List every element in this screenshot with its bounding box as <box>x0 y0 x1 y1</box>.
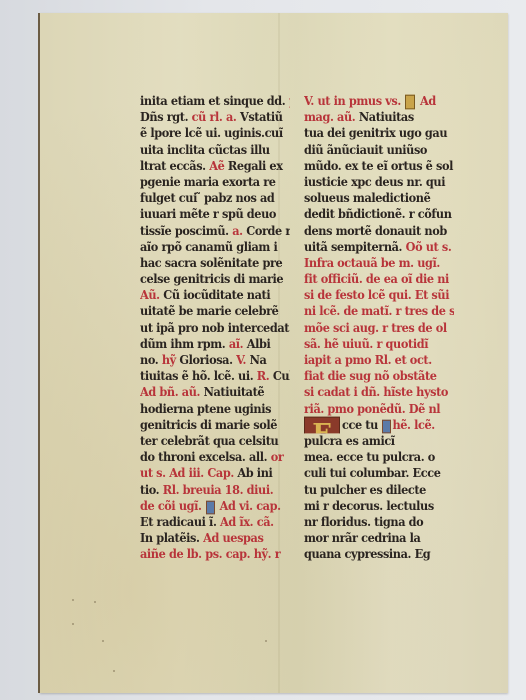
rubric-text: riã. pmo ponẽdũ. Dẽ nl <box>304 401 440 416</box>
text-line: solueus maledictionẽ <box>304 190 454 207</box>
rubric-text: sã. hẽ uiuũ. r quotidĩ <box>304 336 428 351</box>
gold-initial-icon <box>405 95 415 110</box>
text-line: mõe sci aug. r tres de ol <box>304 319 454 336</box>
text-line: mi r decorus. lectulus <box>304 497 454 514</box>
blue-initial-icon <box>382 419 391 433</box>
text-line: culi tui columbar. Ecce <box>304 465 454 482</box>
rubric-text: a. <box>232 223 242 238</box>
text-line: hac sacra solẽnitate pre <box>140 254 290 271</box>
text-line: diũ ãnũciauit uniũso <box>304 141 454 158</box>
text-line: ni lcẽ. de matĩ. r tres de ser <box>304 303 454 320</box>
text-line: ltrat eccãs. Aẽ Regali ex <box>140 157 290 174</box>
body-text: Natiuitas <box>355 110 414 125</box>
text-line: sã. hẽ uiuũ. r quotidĩ <box>304 335 454 352</box>
text-line: tu pulcher es dilecte <box>304 481 454 498</box>
body-text: Gloriosa. <box>176 353 236 368</box>
text-line: do throni excelsa. all. or <box>140 449 290 466</box>
text-line: Ecce tu hẽ. lcẽ. <box>304 416 454 433</box>
body-text: ut ipã pro nob intercedat ad <box>140 320 290 335</box>
rubric-text: Oõ ut s. <box>406 239 452 254</box>
text-line: In platẽis. Ad uespas <box>140 530 290 547</box>
body-text: aĩo rpõ canamũ gliam i <box>140 239 277 254</box>
text-line: tiuitas ẽ hõ. lcẽ. ui. R. Cul <box>140 368 290 385</box>
rubric-text: Ad bñ. aũ. <box>140 385 200 400</box>
body-text: culi tui columbar. Ecce <box>304 466 441 481</box>
text-line: si de festo lcẽ qui. Et sũi <box>304 287 454 304</box>
body-text: hodierna ptene uginis <box>140 401 271 416</box>
text-line: genitricis di marie solẽ <box>140 416 290 433</box>
text-column-left: inita etiam et sinque dd. ps.Dñs rgt. cũ… <box>140 93 290 562</box>
rubric-text: Rl. breuia 18. diui. <box>163 482 274 497</box>
body-text: uitatẽ be marie celebrẽ <box>140 304 278 319</box>
body-text: Eg <box>415 547 431 562</box>
rubric-text: aiñe de lb. ps. cap. hỹ. r <box>140 547 280 562</box>
text-line: dedit bñdictionẽ. r cõfun <box>304 206 454 223</box>
text-line: tissĩe poscimũ. a. Corde r <box>140 222 290 239</box>
blue-initial-icon <box>206 500 215 514</box>
text-line: Ad bñ. aũ. Natiuitatẽ <box>140 384 290 401</box>
rubric-text: Ad uespas <box>203 531 263 546</box>
body-text: hac sacra solẽnitate pre <box>140 256 282 271</box>
body-text: tua dei genitrix ugo gau <box>304 126 447 141</box>
text-line: no. hỹ Gloriosa. V. Na <box>140 352 290 369</box>
body-text: celse genitricis di marie <box>140 272 283 287</box>
body-text: uitã sempiternã. <box>304 239 406 254</box>
text-line: fiat die sug nõ obstãte <box>304 368 454 385</box>
text-line: ut ipã pro nob intercedat ad <box>140 319 290 336</box>
rubric-text: ut s. Ad iii. Cap. <box>140 466 234 481</box>
body-text: mea. ecce tu pulcra. o <box>304 450 435 465</box>
text-line: fulget cui ̃ pabz nos ad <box>140 190 290 207</box>
rubric-text: fiat die sug nõ obstãte <box>304 369 437 384</box>
text-line: iuuari mẽte r spũ deuo <box>140 206 290 223</box>
text-line: mea. ecce tu pulcra. o <box>304 449 454 466</box>
body-text: Dñs rgt. <box>140 110 192 125</box>
body-text: dedit bñdictionẽ. r cõfun <box>304 207 452 222</box>
rubric-text: mõe sci aug. r tres de ol <box>304 320 447 335</box>
rubric-text: si cadat i dñ. hĩste hysto <box>304 385 448 400</box>
rubric-text: cũ rl. a. <box>192 110 237 125</box>
text-line: ut s. Ad iii. Cap. Ab ini <box>140 465 290 482</box>
rubric-text: si de festo lcẽ qui. Et sũi <box>304 288 449 303</box>
text-line: dũm ihm rpm. aĩ. Albi <box>140 335 290 352</box>
text-line: riã. pmo ponẽdũ. Dẽ nl <box>304 400 454 417</box>
text-line: uitã sempiternã. Oõ ut s. <box>304 238 454 255</box>
text-line: mor nrãr cedrina la <box>304 530 454 547</box>
text-line: Dñs rgt. cũ rl. a. Vstatiũ <box>140 109 290 126</box>
rubric-text: Infra octauã be m. ugĩ. <box>304 256 440 271</box>
body-text: Vstatiũ <box>236 110 282 125</box>
body-text: ẽ lpore lcẽ ui. uginis.cuĩ <box>140 126 283 141</box>
text-line: quana cypressina. Eg <box>304 546 454 563</box>
body-text: Regali ex <box>224 158 282 173</box>
rubric-text: hỹ <box>162 353 176 368</box>
rubric-text: V. <box>236 353 246 368</box>
rubric-text: iapit a pmo Rl. et oct. <box>304 353 432 368</box>
text-line: dens mortẽ donauit nob <box>304 222 454 239</box>
rubric-text: ni lcẽ. de matĩ. r tres de ser <box>304 304 454 319</box>
rubric-text: ps. <box>289 94 290 109</box>
text-line: aĩo rpõ canamũ gliam i <box>140 238 290 255</box>
text-line: fit officiũ. de ea oĩ die ni <box>304 271 454 288</box>
text-line: si cadat i dñ. hĩste hysto <box>304 384 454 401</box>
rubric-text: mag. aũ. <box>304 110 355 125</box>
body-text: mor nrãr cedrina la <box>304 531 420 546</box>
body-text: tissĩe poscimũ. <box>140 223 232 238</box>
body-text: Corde r <box>243 223 290 238</box>
body-text: no. <box>140 353 162 368</box>
body-text: do throni excelsa. all. <box>140 450 271 465</box>
text-line: tua dei genitrix ugo gau <box>304 125 454 142</box>
body-text: tiuitas ẽ hõ. lcẽ. ui. <box>140 369 257 384</box>
text-line: uitatẽ be marie celebrẽ <box>140 303 290 320</box>
text-line: mag. aũ. Natiuitas <box>304 109 454 126</box>
body-text: mi r decorus. lectulus <box>304 498 434 513</box>
rubric-text: hẽ. lcẽ. <box>392 417 434 432</box>
illuminated-initial-e: E <box>304 416 340 433</box>
text-line: ẽ lpore lcẽ ui. uginis.cuĩ <box>140 125 290 142</box>
body-text: fulget cui ̃ pabz nos ad <box>140 191 274 206</box>
body-text: tio. <box>140 482 163 497</box>
body-text: pgenie maria exorta re <box>140 175 276 190</box>
rubric-text: Aũ. <box>140 288 160 303</box>
body-text: Cũ iocũditate nati <box>160 288 271 303</box>
text-line: inita etiam et sinque dd. ps. <box>140 93 290 110</box>
text-line: pgenie maria exorta re <box>140 174 290 191</box>
body-text: uita inclita cũctas illu <box>140 142 270 157</box>
text-line: V. ut in pmus vs. Ad <box>304 93 454 110</box>
body-text: cce tu <box>342 417 381 432</box>
body-text: inita etiam et sinque dd. <box>140 94 289 109</box>
body-text: Cul <box>269 369 290 384</box>
body-text: Albi <box>243 336 270 351</box>
text-line: mũdo. ex te eĩ ortus ẽ sol <box>304 157 454 174</box>
body-text: iusticie xpc deus nr. qui <box>304 175 445 190</box>
body-text: tu pulcher es dilecte <box>304 482 426 497</box>
text-line: uita inclita cũctas illu <box>140 141 290 158</box>
rubric-text: Ad <box>416 94 435 109</box>
text-line: nr floridus. tigna do <box>304 513 454 530</box>
text-line: Aũ. Cũ iocũditate nati <box>140 287 290 304</box>
text-line: Et radicaui ĩ. Ad ĩx. cã. <box>140 513 290 530</box>
body-text: pulcra es amicĩ <box>304 434 395 449</box>
body-text: Natiuitatẽ <box>200 385 264 400</box>
body-text: Na <box>246 353 266 368</box>
body-text: Et radicaui ĩ. <box>140 515 220 530</box>
body-text: dens mortẽ donauit nob <box>304 223 447 238</box>
body-text: Ab ini <box>234 466 273 481</box>
text-line: ter celebrãt qua celsitu <box>140 433 290 450</box>
body-text: solueus maledictionẽ <box>304 191 430 206</box>
body-text: genitricis di marie solẽ <box>140 417 277 432</box>
rubric-text: aĩ. <box>229 336 243 351</box>
rubric-text: fit officiũ. de ea oĩ die ni <box>304 272 449 287</box>
text-line: iapit a pmo Rl. et oct. <box>304 352 454 369</box>
body-text: ter celebrãt qua celsitu <box>140 434 278 449</box>
text-line: hodierna ptene uginis <box>140 400 290 417</box>
body-text: dũm ihm rpm. <box>140 336 229 351</box>
text-line: Infra octauã be m. ugĩ. <box>304 254 454 271</box>
text-line: tio. Rl. breuia 18. diui. <box>140 481 290 498</box>
body-text: In platẽis. <box>140 531 203 546</box>
rubric-text: R. <box>257 369 270 384</box>
rubric-text: V. ut in pmus vs. <box>304 94 404 109</box>
rubric-text: Ad vi. cap. <box>216 498 280 513</box>
text-column-right: V. ut in pmus vs. Admag. aũ. Natiuitastu… <box>304 93 454 562</box>
rubric-text: Aẽ <box>209 158 224 173</box>
text-line: aiñe de lb. ps. cap. hỹ. r <box>140 546 290 563</box>
body-text: nr floridus. tigna do <box>304 515 423 530</box>
text-line: de cõi ugĩ. Ad vi. cap. <box>140 497 290 514</box>
text-line: celse genitricis di marie <box>140 271 290 288</box>
body-text: diũ ãnũciauit uniũso <box>304 142 427 157</box>
rubric-text: de cõi ugĩ. <box>140 498 205 513</box>
body-text: ltrat eccãs. <box>140 158 209 173</box>
body-text: quana cypressina. <box>304 547 415 562</box>
text-line: iusticie xpc deus nr. qui <box>304 174 454 191</box>
manuscript-leaf: inita etiam et sinque dd. ps.Dñs rgt. cũ… <box>40 13 508 693</box>
body-text: mũdo. ex te eĩ ortus ẽ sol <box>304 158 453 173</box>
body-text: iuuari mẽte r spũ deuo <box>140 207 276 222</box>
text-line: pulcra es amicĩ <box>304 433 454 450</box>
rubric-text: Ad ĩx. cã. <box>220 515 274 530</box>
rubric-text: or <box>271 450 284 465</box>
